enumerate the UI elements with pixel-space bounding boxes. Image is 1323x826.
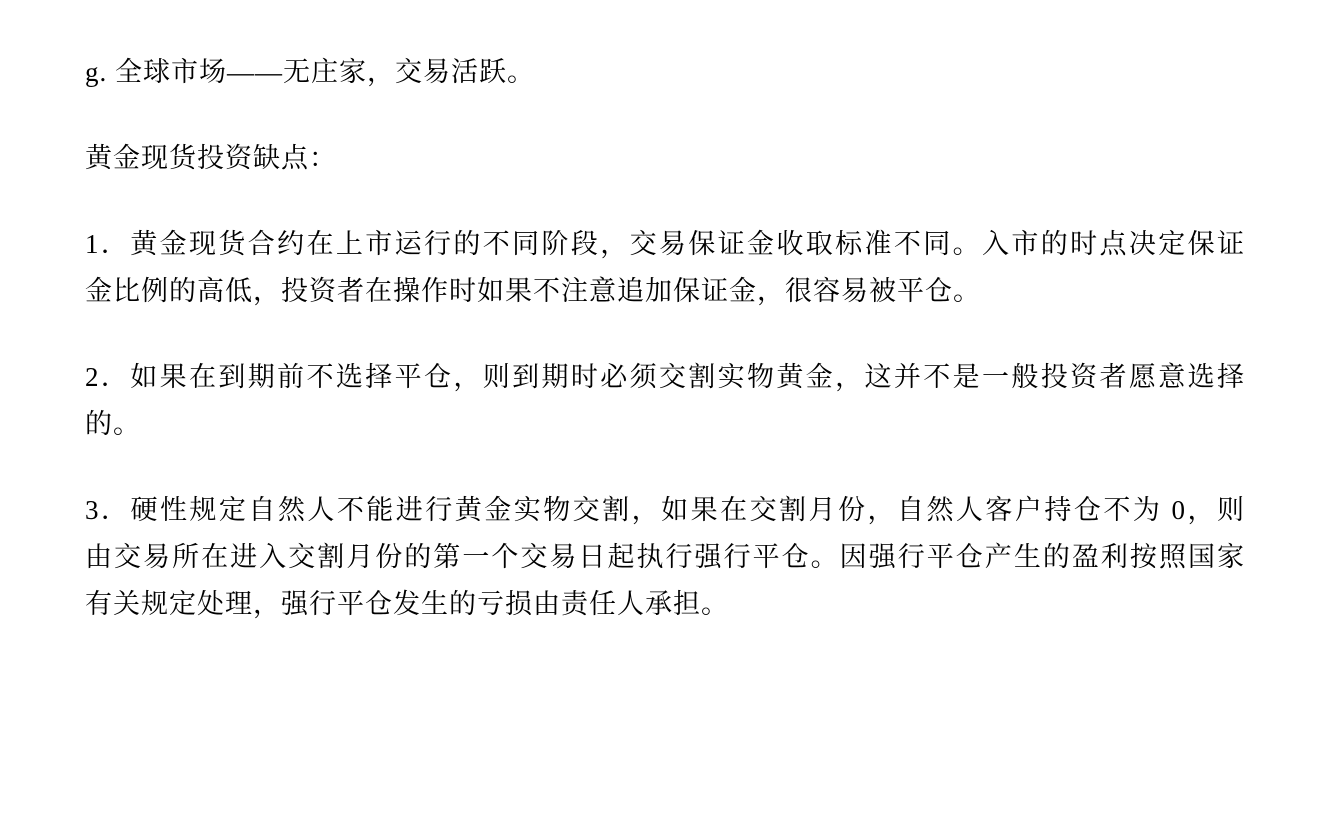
document-body: g. 全球市场——无庄家，交易活跃。黄金现货投资缺点：1．黄金现货合约在上市运行… xyxy=(85,49,1245,628)
text-line: 的。 xyxy=(85,401,1245,448)
text-line: 2．如果在到期前不选择平仓，则到期时必须交割实物黄金，这并不是一般投资者愿意选择 xyxy=(85,354,1245,401)
text-line: 金比例的高低，投资者在操作时如果不注意追加保证金，很容易被平仓。 xyxy=(85,268,1245,315)
text-line: 黄金现货投资缺点： xyxy=(85,135,1245,182)
paragraph: 黄金现货投资缺点： xyxy=(85,135,1245,182)
text-line: 由交易所在进入交割月份的第一个交易日起执行强行平仓。因强行平仓产生的盈利按照国家 xyxy=(85,534,1245,581)
text-line: 1．黄金现货合约在上市运行的不同阶段，交易保证金收取标准不同。入市的时点决定保证 xyxy=(85,221,1245,268)
text-line: 有关规定处理，强行平仓发生的亏损由责任人承担。 xyxy=(85,581,1245,628)
text-line: g. 全球市场——无庄家，交易活跃。 xyxy=(85,49,1245,96)
paragraph: 2．如果在到期前不选择平仓，则到期时必须交割实物黄金，这并不是一般投资者愿意选择… xyxy=(85,354,1245,448)
paragraph: 1．黄金现货合约在上市运行的不同阶段，交易保证金收取标准不同。入市的时点决定保证… xyxy=(85,221,1245,315)
document-page: g. 全球市场——无庄家，交易活跃。黄金现货投资缺点：1．黄金现货合约在上市运行… xyxy=(85,49,1245,667)
paragraph: 3．硬性规定自然人不能进行黄金实物交割，如果在交割月份，自然人客户持仓不为 0，… xyxy=(85,487,1245,628)
text-line: 3．硬性规定自然人不能进行黄金实物交割，如果在交割月份，自然人客户持仓不为 0，… xyxy=(85,487,1245,534)
paragraph: g. 全球市场——无庄家，交易活跃。 xyxy=(85,49,1245,96)
